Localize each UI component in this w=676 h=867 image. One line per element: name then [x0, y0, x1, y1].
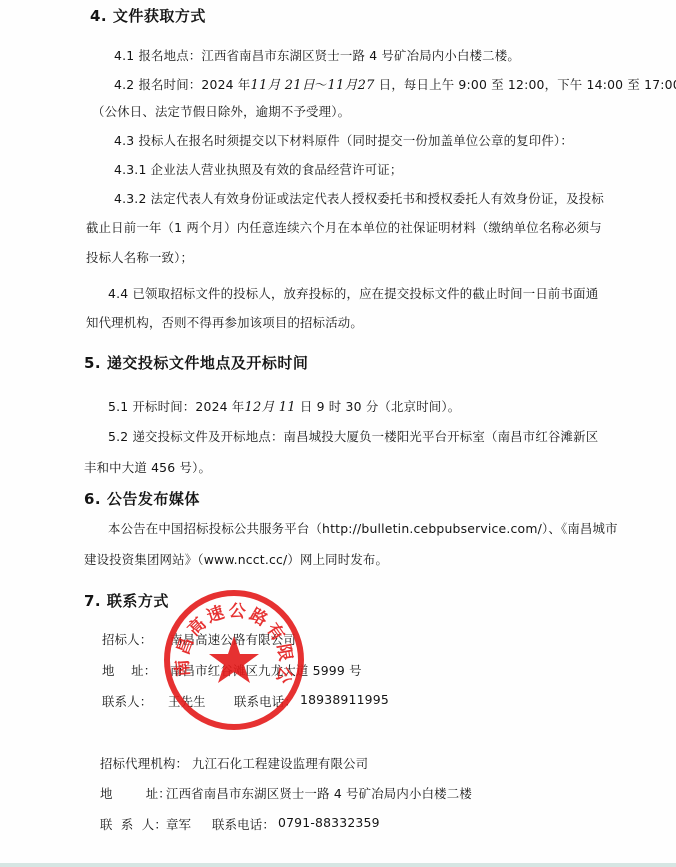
seal-star-icon: 南昌高速公路有限公司	[170, 596, 298, 724]
item-4-2-line2: （公休日、法定节假日除外，逾期不予受理）。	[92, 102, 350, 120]
company-seal: 南昌高速公路有限公司	[164, 590, 304, 730]
section-6-line1: 本公告在中国招标投标公共服务平台（http://bulletin.cebpubs…	[108, 519, 618, 537]
item-4-4-line2: 知代理机构，否则不得再参加该项目的招标活动。	[86, 313, 363, 331]
agency-address-label: 地 址：	[100, 784, 171, 802]
tenderer-contact-label: 联系人：	[102, 692, 152, 710]
item-4-2-line1: 4.2 报名时间：2024 年11月 21日～11月27 日，每日上午 9:00…	[114, 74, 676, 93]
handwritten-start-month: 11月	[250, 78, 280, 93]
agency-contact-label: 联 系 人：	[100, 815, 167, 833]
item-5-1-prefix: 5.1 开标时间：2024 年	[108, 399, 244, 414]
item-4-3-2-line2: 截止日前一年（1 两个月）内任意连续六个月在本单位的社保证明材料（缴纳单位名称必…	[86, 218, 602, 236]
section-6-title: 6. 公告发布媒体	[84, 488, 200, 509]
handwritten-end-date: 11月27	[328, 78, 375, 93]
item-4-3-2-line1: 4.3.2 法定代表人有效身份证或法定代表人授权委托书和授权委托人有效身份证，及…	[114, 189, 604, 207]
handwritten-day: 11	[279, 400, 296, 415]
section-7-title: 7. 联系方式	[84, 590, 169, 611]
bottom-edge	[0, 863, 676, 867]
item-4-1: 4.1 报名地点：江西省南昌市东湖区贤士一路 4 号矿冶局内小白楼二楼。	[114, 46, 520, 64]
item-4-2-prefix: 4.2 报名时间：2024 年	[114, 77, 250, 92]
tilde: ～	[315, 77, 328, 92]
handwritten-month: 12月	[244, 400, 274, 415]
item-4-3-2-line3: 投标人名称一致）；	[86, 248, 193, 266]
section-4-title: 4. 文件获取方式	[90, 5, 206, 26]
item-4-3-1: 4.3.1 企业法人营业执照及有效的食品经营许可证；	[114, 160, 402, 178]
document-page: 4. 文件获取方式 4.1 报名地点：江西省南昌市东湖区贤士一路 4 号矿冶局内…	[0, 0, 676, 864]
section-6-line2: 建设投资集团网站》（www.ncct.cc/）网上同时发布。	[84, 550, 388, 568]
tenderer-phone: 18938911995	[300, 692, 389, 707]
tenderer-label: 招标人：	[102, 630, 152, 648]
item-4-4-line1: 4.4 已领取招标文件的投标人，放弃投标的，应在提交投标文件的截止时间一日前书面…	[108, 284, 598, 302]
agency-phone-label: 联系电话：	[212, 815, 275, 833]
agency-label: 招标代理机构：	[100, 754, 188, 772]
section-5-title: 5. 递交投标文件地点及开标时间	[84, 352, 308, 373]
tenderer-address-label: 地 址：	[102, 661, 156, 679]
item-5-1: 5.1 开标时间：2024 年12月 11 日 9 时 30 分（北京时间）。	[108, 396, 460, 415]
item-5-2-line2: 丰和中大道 456 号）。	[84, 458, 211, 476]
item-4-3: 4.3 投标人在报名时须提交以下材料原件（同时提交一份加盖单位公章的复印件）：	[114, 131, 573, 149]
item-4-2-suffix: 日，每日上午 9:00 至 12:00，下午 14:00 至 17:00	[375, 77, 676, 92]
agency-contact: 章军	[166, 815, 191, 833]
agency-value: 九江石化工程建设监理有限公司	[192, 754, 368, 772]
handwritten-start-day: 21日	[285, 78, 315, 93]
agency-address: 江西省南昌市东湖区贤士一路 4 号矿冶局内小白楼二楼	[166, 784, 472, 802]
item-5-2-line1: 5.2 递交投标文件及开标地点：南昌城投大厦负一楼阳光平台开标室（南昌市红谷滩新…	[108, 427, 598, 445]
agency-phone: 0791-88332359	[278, 815, 380, 830]
item-5-1-suffix: 日 9 时 30 分（北京时间）。	[296, 399, 461, 414]
